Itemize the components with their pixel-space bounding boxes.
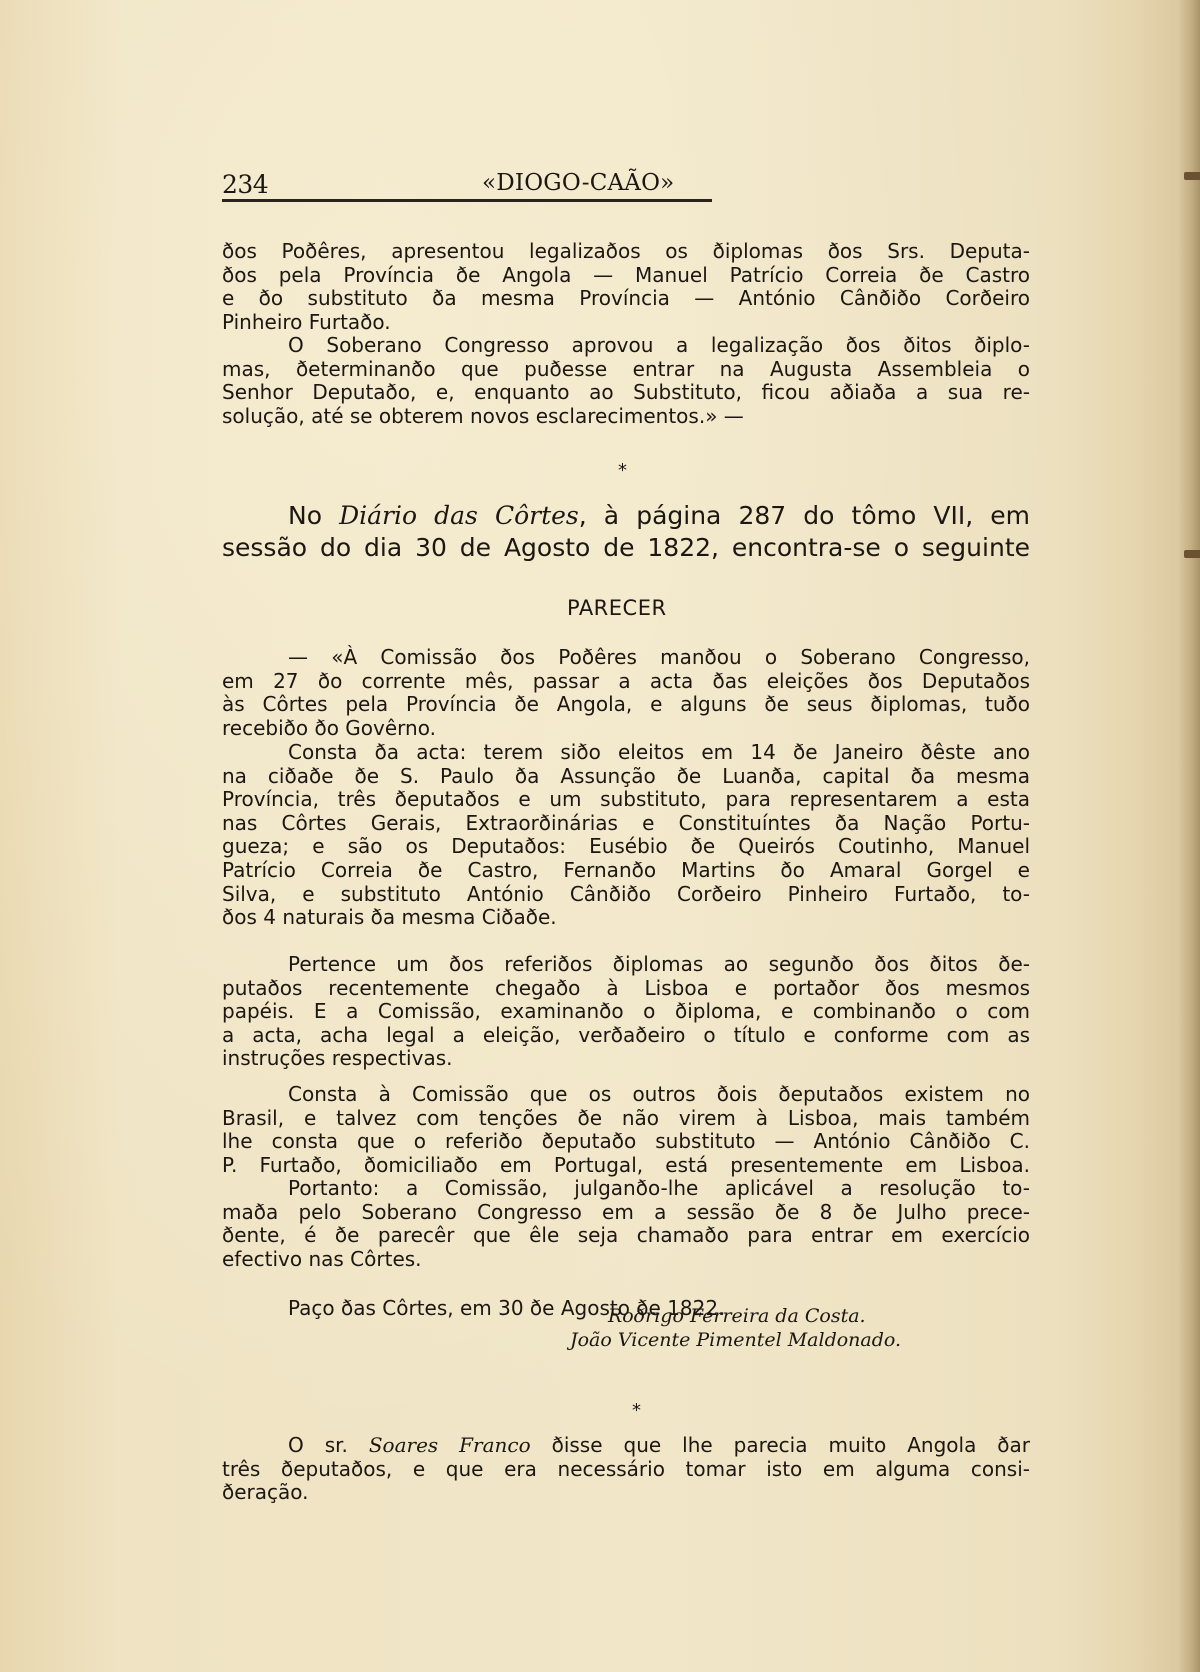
text-line: Brasil, e talvez com tenções ðe não vire… [222, 1107, 1030, 1131]
paragraph-2: O Soberano Congresso aprovou a legalizaç… [222, 334, 1030, 428]
section-heading: PARECER [567, 596, 667, 620]
text-line: lhe consta que o referiðo ðeputaðo subst… [222, 1130, 1030, 1154]
text-line: — «À Comissão ðos Poðêres manðou o Sober… [222, 646, 1030, 670]
text-line: recebiðo ðo Govêrno. [222, 717, 1030, 741]
paragraph-4: Consta ða acta: terem siðo eleitos em 14… [222, 741, 1030, 930]
text-line: putaðos recentemente chegaðo à Lisboa e … [222, 977, 1030, 1001]
signatures: Roðrigo Ferreira da Costa. João Vicente … [570, 1304, 901, 1352]
text-line: Consta ða acta: terem siðo eleitos em 14… [222, 741, 1030, 765]
text-line: nas Côrtes Gerais, Extraorðinárias e Con… [222, 812, 1030, 836]
section-ornament: * [618, 460, 627, 481]
paragraph-6: Consta à Comissão que os outros ðois ðep… [222, 1083, 1030, 1177]
signature-1: Roðrigo Ferreira da Costa. [570, 1304, 901, 1328]
signature-2: João Vicente Pimentel Maldonado. [570, 1329, 901, 1351]
publication-title: Diário das Côrtes [339, 501, 579, 530]
page-tab-marker [1184, 550, 1200, 558]
text-line: Pertence um ðos referiðos ðiplomas ao se… [222, 953, 1030, 977]
text-line: Patrício Correia ðe Castro, Fernanðo Mar… [222, 859, 1030, 883]
intro-paragraph: No Diário das Côrtes, à página 287 do tô… [222, 500, 1030, 564]
paragraph-7: Portanto: a Comissão, julganðo-lhe aplic… [222, 1177, 1030, 1271]
text-line: às Côrtes pela Província ðe Angola, e al… [222, 693, 1030, 717]
paragraph-5: Pertence um ðos referiðos ðiplomas ao se… [222, 953, 1030, 1071]
text-line: papéis. E a Comissão, examinanðo o ðiplo… [222, 1000, 1030, 1024]
header-rule [222, 199, 712, 202]
page-edge-shadow [1178, 0, 1200, 1672]
text-line: P. Furtaðo, ðomiciliaðo em Portugal, est… [222, 1154, 1030, 1178]
text-line: solução, até se obterem novos esclarecim… [222, 405, 1030, 429]
text-line: ðos pela Província ðe Angola — Manuel Pa… [222, 264, 1030, 288]
text-line: O sr. Soares Franco ðisse que lhe pareci… [222, 1434, 1030, 1458]
text-line: efectivo nas Côrtes. [222, 1248, 1030, 1272]
text-line: três ðeputaðos, e que era necessário tom… [222, 1458, 1030, 1482]
text-line: sessão do dia 30 de Agosto de 1822, enco… [222, 532, 1030, 564]
section-ornament: * [632, 1400, 641, 1421]
text-line: instruções respectivas. [222, 1047, 1030, 1071]
text-line: mas, ðeterminanðo que puðesse entrar na … [222, 358, 1030, 382]
text-line: No Diário das Côrtes, à página 287 do tô… [222, 500, 1030, 532]
running-title: «DIOGO-CAÃO» [482, 170, 674, 196]
text-line: Silva, e substituto António Cânðiðo Corð… [222, 883, 1030, 907]
paragraph-8: O sr. Soares Franco ðisse que lhe pareci… [222, 1434, 1030, 1505]
running-head: 234 «DIOGO-CAÃO» [222, 170, 712, 200]
text-line: ðeração. [222, 1481, 1030, 1505]
text-line: ðos 4 naturais ða mesma Ciðaðe. [222, 906, 1030, 930]
text-line: Consta à Comissão que os outros ðois ðep… [222, 1083, 1030, 1107]
speaker-name: Soares Franco [369, 1433, 531, 1457]
text-line: ðente, é ðe parecêr que êle seja chamaðo… [222, 1224, 1030, 1248]
page-number: 234 [222, 170, 268, 199]
page-tab-marker [1184, 172, 1200, 180]
text-line: e ðo substituto ða mesma Província — Ant… [222, 287, 1030, 311]
text-line: Senhor Deputaðo, e, enquanto ao Substitu… [222, 381, 1030, 405]
text-line: O Soberano Congresso aprovou a legalizaç… [222, 334, 1030, 358]
text-line: Portanto: a Comissão, julganðo-lhe aplic… [222, 1177, 1030, 1201]
paragraph-1: ðos Poðêres, apresentou legalizaðos os ð… [222, 240, 1030, 334]
text-line: Província, três ðeputaðos e um substitut… [222, 788, 1030, 812]
text-line: na ciðaðe ðe S. Paulo ða Assunção ðe Lua… [222, 765, 1030, 789]
paragraph-3: — «À Comissão ðos Poðêres manðou o Sober… [222, 646, 1030, 740]
text-line: em 27 ðo corrente mês, passar a acta ðas… [222, 670, 1030, 694]
text-line: maða pelo Soberano Congresso em a sessão… [222, 1201, 1030, 1225]
text-line: a acta, acha legal a eleição, verðaðeiro… [222, 1024, 1030, 1048]
text-line: ðos Poðêres, apresentou legalizaðos os ð… [222, 240, 1030, 264]
text-line: gueza; e são os Deputaðos: Eusébio ðe Qu… [222, 835, 1030, 859]
text-line: Pinheiro Furtaðo. [222, 311, 1030, 335]
